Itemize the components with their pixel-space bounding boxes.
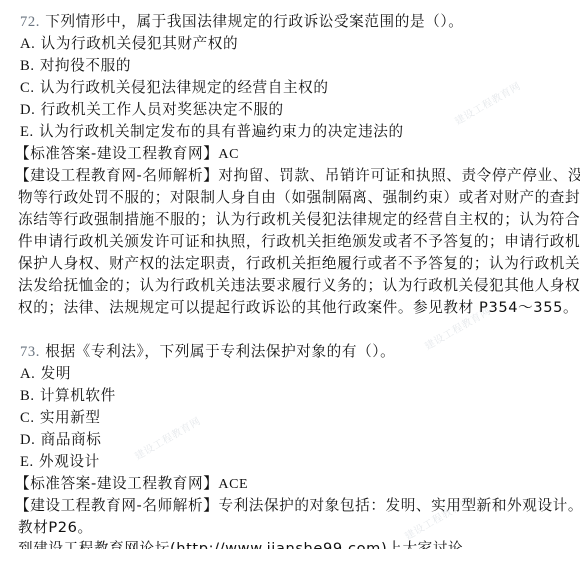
- question-text: 下列情形中，属于我国法律规定的行政诉讼受案范围的是（）。: [45, 13, 463, 30]
- analysis-text: 专利法保护的对象包括：发明、实用型新和外观设计。参见: [218, 497, 580, 514]
- option-text: 实用新型: [40, 409, 101, 426]
- option-text: 外观设计: [39, 453, 100, 470]
- question-number: 72.: [20, 14, 40, 30]
- option-label: A.: [20, 36, 35, 52]
- analysis-label: 【建设工程教育网-名师解析】: [15, 167, 218, 184]
- option-label: D.: [20, 102, 35, 118]
- question-73-stem: 73. 根据《专利法》，下列属于专利法保护对象的有（）。: [20, 341, 395, 363]
- option-text: 行政机关工作人员对奖惩决定不服的: [41, 101, 284, 118]
- option-label: B.: [20, 58, 35, 74]
- exam-document: 建设工程教育网 建设工程教育网 建设工程教育网 建设工程教育网 72. 下列情形…: [0, 0, 580, 574]
- option-label: C.: [20, 410, 35, 426]
- footer-clipped-region: 到建设工程教育网论坛(http://www.jianshe99.com)上大家讨…: [0, 540, 580, 549]
- option-text: 认为行政机关侵犯其财产权的: [41, 35, 239, 52]
- question-73-option-b: B. 计算机软件: [20, 385, 116, 407]
- option-text: 计算机软件: [40, 387, 116, 404]
- question-73-option-a: A. 发明: [20, 363, 71, 385]
- question-72-analysis-line-6: 法发给抚恤金的；认为行政机关违法要求履行义务的；认为行政机关侵犯其他人身权、财产: [18, 275, 580, 297]
- question-73-analysis-line-1: 【建设工程教育网-名师解析】专利法保护的对象包括：发明、实用型新和外观设计。参见: [15, 495, 580, 517]
- answer-label: 【标准答案-建设工程教育网】: [15, 475, 218, 492]
- question-72-analysis-line-4: 件申请行政机关颁发许可证和执照，行政机关拒绝颁发或者不予答复的；申请行政机关履行: [18, 231, 580, 253]
- option-label: E.: [20, 124, 34, 140]
- question-73-answer: 【标准答案-建设工程教育网】ACE: [15, 473, 248, 495]
- option-label: D.: [20, 432, 35, 448]
- option-text: 对拘役不服的: [40, 57, 131, 74]
- question-72-option-a: A. 认为行政机关侵犯其财产权的: [20, 33, 238, 55]
- question-72-option-d: D. 行政机关工作人员对奖惩决定不服的: [20, 99, 284, 121]
- option-label: A.: [20, 366, 35, 382]
- question-72-analysis-line-7: 权的；法律、法规规定可以提起行政诉讼的其他行政案件。参见教材 P354～355。: [18, 297, 578, 319]
- option-text: 认为行政机关制定发布的具有普遍约束力的决定违法的: [39, 123, 404, 140]
- watermark: 建设工程教育网: [131, 412, 203, 462]
- option-label: B.: [20, 388, 35, 404]
- question-72-analysis-line-5: 保护人身权、财产权的法定职责，行政机关拒绝履行或者不予答复的；认为行政机关没有依: [18, 253, 580, 275]
- question-72-analysis-line-1: 【建设工程教育网-名师解析】对拘留、罚款、吊销许可证和执照、责令停产停业、没收财: [15, 165, 580, 187]
- option-text: 商品商标: [41, 431, 102, 448]
- question-72-stem: 72. 下列情形中，属于我国法律规定的行政诉讼受案范围的是（）。: [20, 11, 463, 33]
- question-72-option-e: E. 认为行政机关制定发布的具有普遍约束力的决定违法的: [20, 121, 404, 143]
- answer-value: ACE: [218, 477, 248, 492]
- question-72-analysis-line-2: 物等行政处罚不服的；对限制人身自由（如强制隔离、强制约束）或者对财产的查封、扣押…: [18, 187, 580, 209]
- question-73-option-d: D. 商品商标: [20, 429, 101, 451]
- answer-label: 【标准答案-建设工程教育网】: [15, 145, 218, 162]
- question-72-answer: 【标准答案-建设工程教育网】AC: [15, 143, 239, 165]
- question-72-option-b: B. 对拘役不服的: [20, 55, 131, 77]
- option-label: E.: [20, 454, 34, 470]
- footer-forum-link-text: 到建设工程教育网论坛(http://www.jianshe99.com)上大家讨…: [18, 540, 463, 549]
- question-text: 根据《专利法》，下列属于专利法保护对象的有（）。: [45, 343, 395, 360]
- analysis-text: 对拘留、罚款、吊销许可证和执照、责令停产停业、没收财: [218, 167, 580, 184]
- question-72-analysis-line-3: 冻结等行政强制措施不服的；认为行政机关侵犯法律规定的经营自主权的；认为符合法定条: [18, 209, 580, 231]
- question-number: 73.: [20, 344, 40, 360]
- option-label: C.: [20, 80, 35, 96]
- analysis-label: 【建设工程教育网-名师解析】: [15, 497, 218, 514]
- question-73-option-c: C. 实用新型: [20, 407, 101, 429]
- question-73-analysis-line-2: 教材P26。: [18, 517, 93, 539]
- option-text: 发明: [41, 365, 71, 382]
- question-73-option-e: E. 外观设计: [20, 451, 100, 473]
- watermark: 建设工程教育网: [451, 77, 523, 127]
- option-text: 认为行政机关侵犯法律规定的经营自主权的: [40, 79, 329, 96]
- question-72-option-c: C. 认为行政机关侵犯法律规定的经营自主权的: [20, 77, 329, 99]
- answer-value: AC: [218, 147, 239, 162]
